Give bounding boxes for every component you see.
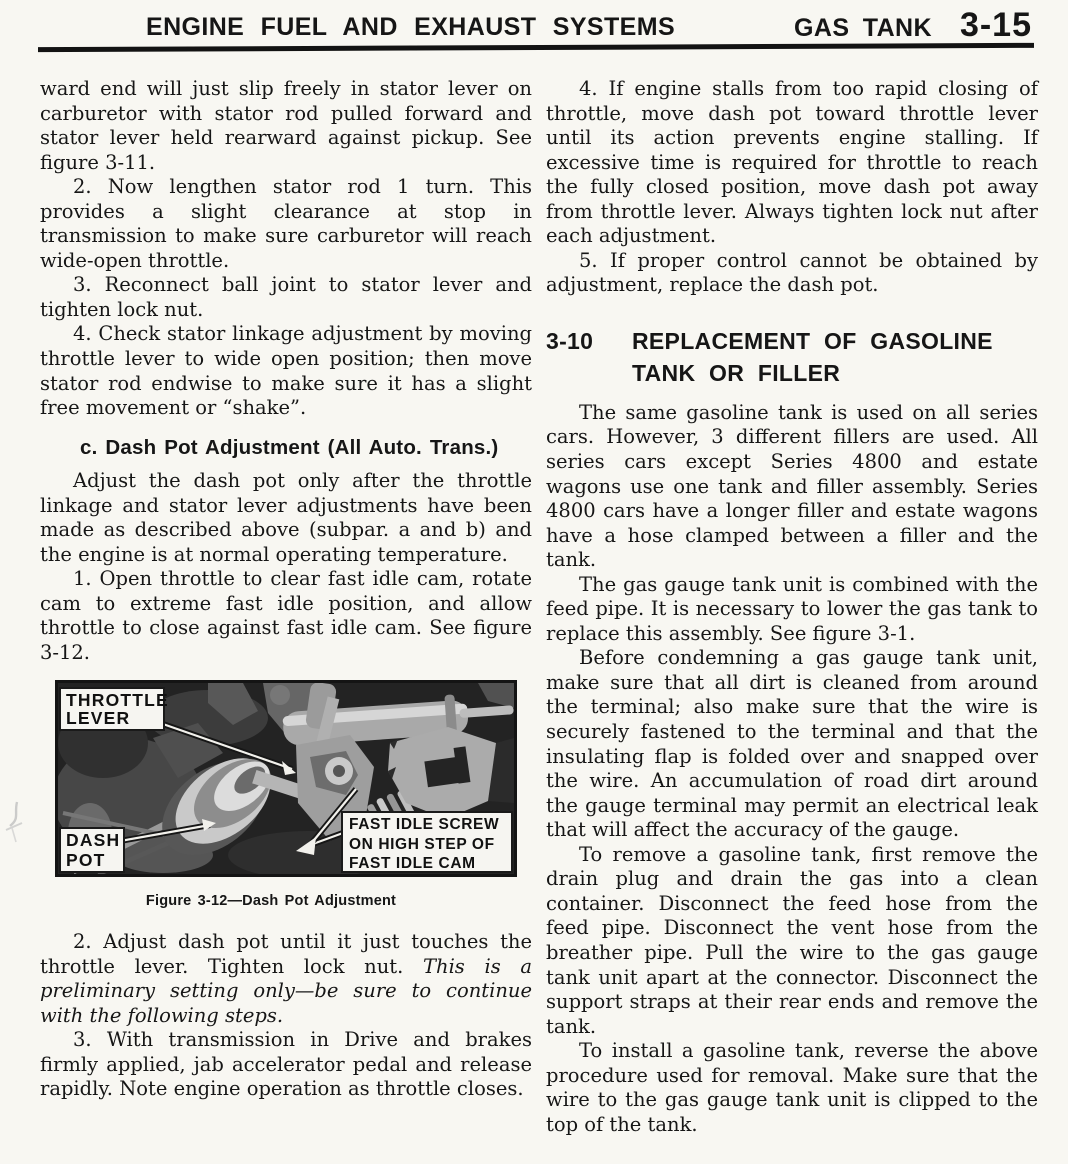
section-heading-3-10: 3-10 REPLACEMENT OF GASOLINE TANK OR FIL… bbox=[546, 325, 1038, 389]
page-number: 3-15 bbox=[960, 6, 1032, 45]
page-title-left: ENGINE FUEL AND EXHAUST SYSTEMS bbox=[146, 13, 675, 42]
callout-text: POT bbox=[66, 850, 106, 870]
paragraph: 3. With transmission in Drive and brakes… bbox=[40, 1028, 532, 1102]
paragraph: 5. If proper control cannot be obtained … bbox=[546, 249, 1038, 298]
paragraph: Before condemning a gas gauge tank unit,… bbox=[546, 646, 1038, 842]
paragraph: 4. Check stator linkage adjustment by mo… bbox=[40, 322, 532, 420]
right-column: 4. If engine stalls from too rapid closi… bbox=[546, 77, 1038, 1137]
callout-text: FAST IDLE SCREW bbox=[349, 816, 499, 833]
header-rule bbox=[38, 43, 1034, 52]
figure-caption: Figure 3-12—Dash Pot Adjustment bbox=[40, 889, 502, 914]
callout-text: FAST IDLE CAM bbox=[349, 855, 476, 872]
page-title-right: GAS TANK bbox=[794, 14, 932, 43]
callout-fast-idle: FAST IDLE SCREW ON HIGH STEP OF FAST IDL… bbox=[342, 812, 512, 872]
subsection-heading-c: c. Dash Pot Adjustment (All Auto. Trans.… bbox=[40, 436, 532, 461]
paragraph: ward end will just slip freely in stator… bbox=[40, 77, 532, 175]
paragraph: 1. Open throttle to clear fast idle cam,… bbox=[40, 567, 532, 665]
callout-text: ON HIGH STEP OF bbox=[349, 836, 495, 853]
section-number: 3-10 bbox=[546, 325, 632, 389]
paragraph: 2. Adjust dash pot until it just touches… bbox=[40, 930, 532, 1028]
section-title-line: REPLACEMENT OF GASOLINE bbox=[632, 325, 993, 357]
paragraph: To install a gasoline tank, reverse the … bbox=[546, 1039, 1038, 1137]
pencil-margin-mark bbox=[3, 800, 29, 844]
callout-text: LEVER bbox=[66, 708, 130, 728]
header-right-group: GAS TANK 3-15 bbox=[794, 6, 1032, 45]
figure-3-12: THROTTLE LEVER DASH POT FAST IDLE SCREW … bbox=[55, 680, 511, 877]
callout-throttle-lever: THROTTLE LEVER bbox=[60, 688, 169, 730]
paragraph: To remove a gasoline tank, first remove … bbox=[546, 843, 1038, 1039]
manual-page: ENGINE FUEL AND EXHAUST SYSTEMS GAS TANK… bbox=[0, 0, 1068, 1164]
section-title-line: TANK OR FILLER bbox=[632, 357, 993, 389]
paragraph: 4. If engine stalls from too rapid closi… bbox=[546, 77, 1038, 249]
paragraph: The gas gauge tank unit is combined with… bbox=[546, 573, 1038, 647]
callout-text: THROTTLE bbox=[66, 690, 169, 710]
figure-photo: THROTTLE LEVER DASH POT FAST IDLE SCREW … bbox=[55, 680, 517, 877]
paragraph: The same gasoline tank is used on all se… bbox=[546, 401, 1038, 573]
section-title: REPLACEMENT OF GASOLINE TANK OR FILLER bbox=[632, 325, 993, 389]
paragraph: 3. Reconnect ball joint to stator lever … bbox=[40, 273, 532, 322]
paragraph: Adjust the dash pot only after the throt… bbox=[40, 469, 532, 567]
callout-text: DASH bbox=[66, 830, 120, 850]
paragraph: 2. Now lengthen stator rod 1 turn. This … bbox=[40, 175, 532, 273]
left-column: ward end will just slip freely in stator… bbox=[40, 77, 532, 1102]
callout-dash-pot: DASH POT bbox=[60, 828, 124, 872]
